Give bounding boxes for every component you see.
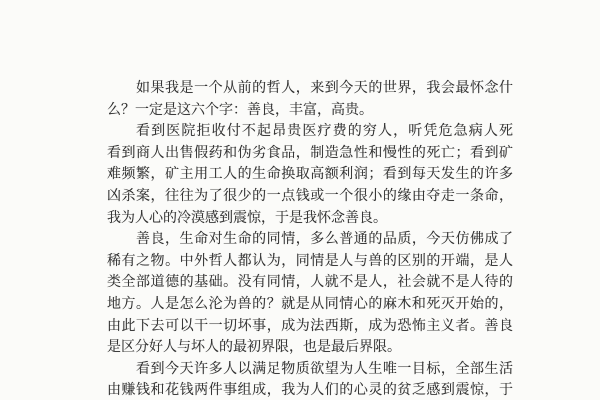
text-line: 看到医院拒收付不起昂贵医疗费的穷人，听凭危急病人死去； bbox=[107, 121, 513, 143]
scanned-book-page: 如果我是一个从前的哲人，来到今天的世界，我会最怀念什么？一定是这六个字：善良，丰… bbox=[0, 0, 600, 400]
text-line: 看到今天许多人以满足物质欲望为人生唯一目标，全部生活 bbox=[107, 359, 513, 381]
text-line: 类全部道德的基础。没有同情，人就不是人，社会就不是人待的 bbox=[107, 272, 513, 294]
text-line: 是区分好人与坏人的最初界限，也是最后界限。 bbox=[107, 337, 513, 359]
text-line: 我为人心的冷漠感到震惊，于是我怀念善良。 bbox=[107, 208, 513, 230]
text-line: 如果我是一个从前的哲人，来到今天的世界，我会最怀念什 bbox=[107, 78, 513, 100]
text-line: 由此下去可以干一切坏事，成为法西斯，成为恐怖主义者。善良 bbox=[107, 316, 513, 338]
text-line: 稀有之物。中外哲人都认为，同情是人与兽的区别的开端，是人 bbox=[107, 251, 513, 273]
text-line: 难频繁，矿主用工人的生命换取高额利润；看到每天发生的许多 bbox=[107, 164, 513, 186]
text-line: 看到商人出售假药和伪劣食品，制造急性和慢性的死亡；看到矿 bbox=[107, 143, 513, 165]
page-text: 如果我是一个从前的哲人，来到今天的世界，我会最怀念什么？一定是这六个字：善良，丰… bbox=[107, 78, 513, 400]
text-line: 由赚钱和花钱两件事组成，我为人们的心灵的贫乏感到震惊，于 bbox=[107, 380, 513, 400]
text-line: 凶杀案，往往为了很少的一点钱或一个很小的缘由夺走一条命， bbox=[107, 186, 513, 208]
text-line: 地方。人是怎么沦为兽的？就是从同情心的麻木和死灭开始的， bbox=[107, 294, 513, 316]
text-line: 么？一定是这六个字：善良，丰富，高贵。 bbox=[107, 100, 513, 122]
text-line: 善良，生命对生命的同情，多么普通的品质，今天仿佛成了 bbox=[107, 229, 513, 251]
